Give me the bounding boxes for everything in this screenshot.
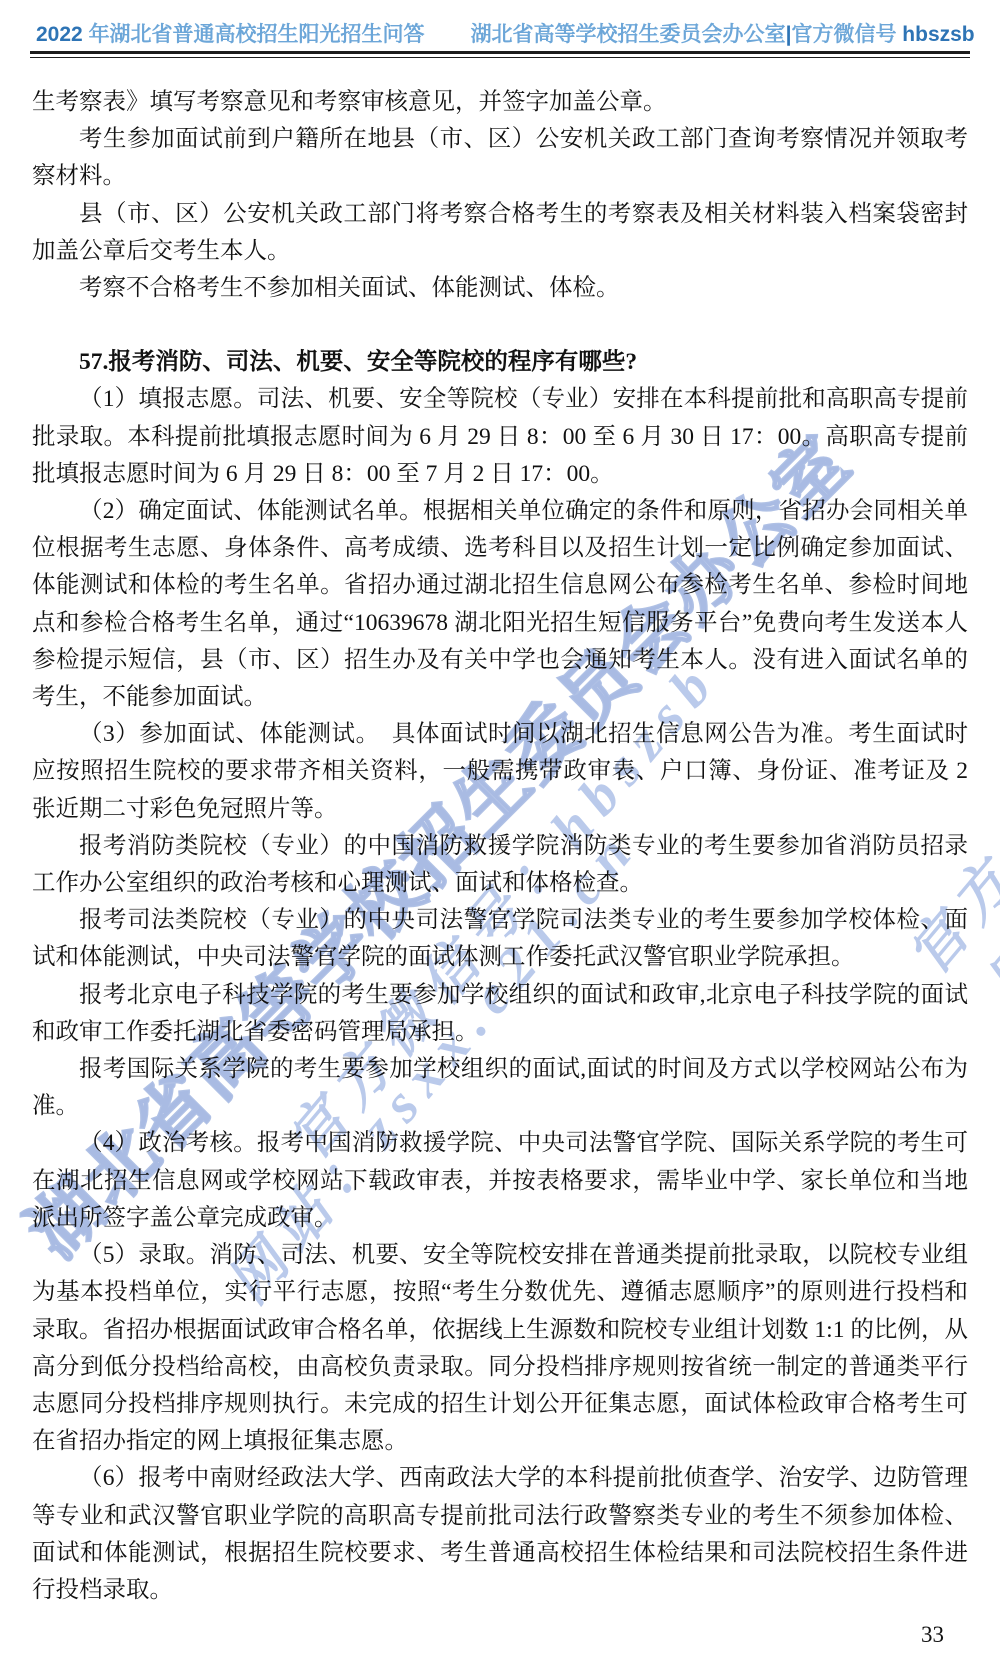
document-body: 生考察表》填写考察意见和考察审核意见，并签字加盖公章。考生参加面试前到户籍所在地…: [32, 84, 968, 1609]
header-title-cn: 年湖北省普通高校招生阳光招生问答: [89, 23, 425, 46]
paragraph: （2）确定面试、体能测试名单。根据相关单位确定的条件和原则，省招办会同相关单位根…: [32, 493, 968, 716]
paragraph: 报考国际关系学院的考生要参加学校组织的面试,面试的时间及方式以学校网站公布为准。: [32, 1051, 968, 1125]
paragraph: 报考司法类院校（专业）的中央司法警官学院司法类专业的考生要参加学校体检、面试和体…: [32, 902, 968, 976]
header-year: 2022: [36, 23, 83, 46]
page-number: 33: [921, 1622, 944, 1648]
paragraph: （4）政治考核。报考中国消防救援学院、中央司法警官学院、国际关系学院的考生可在湖…: [32, 1125, 968, 1237]
document-page: 湖北省高等学校招生委员会办公室 官方微信号：hbszsb 网站：zsxx.e21…: [0, 0, 1000, 1670]
paragraph: 报考北京电子科技学院的考生要参加学校组织的面试和政审,北京电子科技学院的面试和政…: [32, 977, 968, 1051]
header-office-line: 湖北省高等学校招生委员会办公室|官方微信号 hbszsb: [471, 18, 975, 48]
paragraph: 报考消防类院校（专业）的中国消防救援学院消防类专业的考生要参加省消防员招录工作办…: [32, 828, 968, 902]
paragraph: （5）录取。消防、司法、机要、安全等院校安排在普通类提前批录取，以院校专业组为基…: [32, 1237, 968, 1460]
header-rule-thin: [30, 57, 970, 58]
paragraph: 生考察表》填写考察意见和考察审核意见，并签字加盖公章。: [32, 84, 968, 121]
question-heading: 57.报考消防、司法、机要、安全等院校的程序有哪些?: [32, 344, 968, 381]
paragraph: 考生参加面试前到户籍所在地县（市、区）公安机关政工部门查询考察情况并领取考察材料…: [32, 121, 968, 195]
paragraph: （3）参加面试、体能测试。 具体面试时间以湖北招生信息网公告为准。考生面试时应按…: [32, 716, 968, 828]
header-wechat-label: 官方微信号: [791, 23, 902, 46]
header-office-cn: 湖北省高等学校招生委员会办公室: [471, 23, 786, 46]
header-booklet-title: 2022 年湖北省普通高校招生阳光招生问答: [36, 18, 425, 48]
paragraph: 考察不合格考生不参加相关面试、体能测试、体检。: [32, 270, 968, 307]
header-wechat-id: hbszsb: [902, 23, 974, 46]
paragraph: 县（市、区）公安机关政工部门将考察合格考生的考察表及相关材料装入档案袋密封加盖公…: [32, 196, 968, 270]
paragraph: （1）填报志愿。司法、机要、安全等院校（专业）安排在本科提前批和高职高专提前批录…: [32, 381, 968, 493]
header-rule-thick: [30, 51, 970, 54]
paragraph: （6）报考中南财经政法大学、西南政法大学的本科提前批侦查学、治安学、边防管理等专…: [32, 1460, 968, 1609]
page-header: 2022 年湖北省普通高校招生阳光招生问答 湖北省高等学校招生委员会办公室|官方…: [36, 18, 964, 48]
